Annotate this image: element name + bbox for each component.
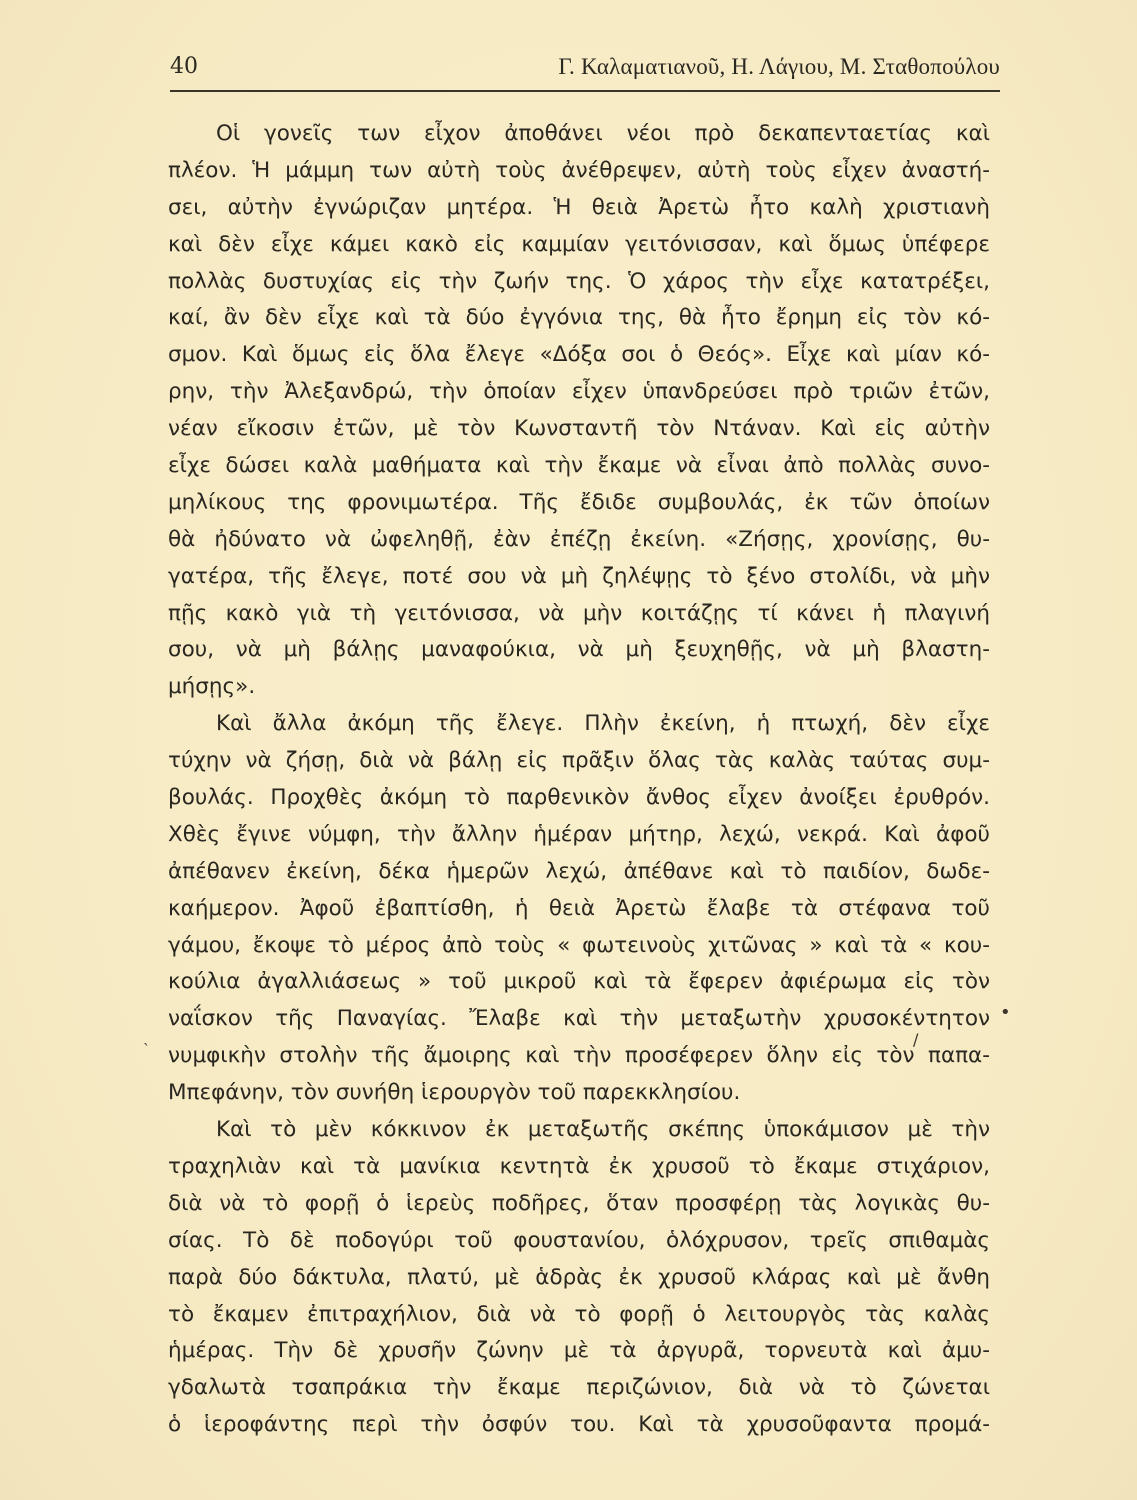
text-line: πολλὰς δυστυχίας εἰς τὴν ζωήν της. Ὁ χάρ… [168,264,990,301]
text-line: καί, ἂν δὲν εἶχε καὶ τὰ δύο ἐγγόνια της,… [168,300,990,337]
scan-speck: ˎ [143,1030,150,1046]
text-line: ναΐσκον τῆς Παναγίας. Ἔλαβε καὶ τὴν μετα… [168,1001,990,1038]
text-line: Χθὲς ἔγινε νύμφη, τὴν ἄλλην ἡμέραν μήτηρ… [168,817,990,854]
book-page: 40 Γ. Καλαματιανοῦ, Η. Λάγιου, Μ. Σταθοπ… [0,0,1137,1500]
text-line: μήσῃς». [168,669,990,706]
text-line: τύχην νὰ ζήσῃ, διὰ νὰ βάλῃ εἰς πρᾶξιν ὅλ… [168,743,990,780]
text-line: καὶ δὲν εἶχε κάμει κακὸ εἰς καμμίαν γειτ… [168,227,990,264]
text-line: Καὶ τὸ μὲν κόκκινον ἐκ μεταξωτῆς σκέπης … [168,1112,990,1149]
text-line: παρὰ δύο δάκτυλα, πλατύ, μὲ ἁδρὰς ἐκ χρυ… [168,1260,990,1297]
text-line: σίας. Τὸ δὲ ποδογύρι τοῦ φουστανίου, ὁλό… [168,1223,990,1260]
text-line: γατέρα, τῆς ἔλεγε, ποτέ σου νὰ μὴ ζηλέψῃ… [168,559,990,596]
text-line: σμον. Καὶ ὅμως εἰς ὅλα ἔλεγε «Δόξα σοι ὁ… [168,337,990,374]
page-header: 40 Γ. Καλαματιανοῦ, Η. Λάγιου, Μ. Σταθοπ… [170,54,1000,88]
text-line: ἀπέθανεν ἐκείνη, δέκα ἡμερῶν λεχώ, ἀπέθα… [168,854,990,891]
text-line: Μπεφάνην, τὸν συνήθη ἱερουργὸν τοῦ παρεκ… [168,1075,990,1112]
text-line: σου, νὰ μὴ βάλῃς μαναφούκια, νὰ μὴ ξευχη… [168,632,990,669]
text-line: πῇς κακὸ γιὰ τὴ γειτόνισσα, νὰ μὴν κοιτά… [168,596,990,633]
text-line: γδαλωτὰ τσαπράκια τὴν ἔκαμε περιζώνιον, … [168,1370,990,1407]
text-line: καήμερον. Ἀφοῦ ἐβαπτίσθη, ἡ θειὰ Ἀρετὼ ἔ… [168,891,990,928]
text-line: νέαν εἴκοσιν ἐτῶν, μὲ τὸν Κωνσταντῆ τὸν … [168,411,990,448]
text-line: θὰ ἠδύνατο νὰ ὠφεληθῇ, ἐὰν ἐπέζῃ ἐκείνη.… [168,522,990,559]
text-line: Οἱ γονεῖς των εἶχον ἀποθάνει νέοι πρὸ δε… [168,116,990,153]
text-line: κούλια ἀγαλλιάσεως » τοῦ μικροῦ καὶ τὰ ἔ… [168,964,990,1001]
text-line: μηλίκους της φρονιμωτέρα. Τῆς ἔδιδε συμβ… [168,485,990,522]
body-text: Οἱ γονεῖς των εἶχον ἀποθάνει νέοι πρὸ δε… [168,116,990,1444]
scan-speck: • [1000,1002,1011,1023]
text-line: εἶχε δώσει καλὰ μαθήματα καὶ τὴν ἔκαμε ν… [168,448,990,485]
running-head: Γ. Καλαματιανοῦ, Η. Λάγιου, Μ. Σταθοπούλ… [558,54,1000,80]
text-line: βουλάς. Προχθὲς ἀκόμη τὸ παρθενικὸν ἄνθο… [168,780,990,817]
text-line: διὰ νὰ τὸ φορῇ ὁ ἱερεὺς ποδῆρες, ὅταν πρ… [168,1186,990,1223]
text-line: ἡμέρας. Τὴν δὲ χρυσῆν ζώνην μὲ τὰ ἀργυρᾶ… [168,1333,990,1370]
text-line: σει, αὐτὴν ἐγνώριζαν μητέρα. Ἡ θειὰ Ἀρετ… [168,190,990,227]
text-line: τραχηλιὰν καὶ τὰ μανίκια κεντητὰ ἐκ χρυσ… [168,1149,990,1186]
text-line: ρην, τὴν Ἀλεξανδρώ, τὴν ὁποίαν εἶχεν ὑπα… [168,374,990,411]
text-line: γάμου, ἔκοψε τὸ μέρος ἀπὸ τοὺς « φωτεινο… [168,928,990,965]
text-line: πλέον. Ἡ μάμμη των αὐτὴ τοὺς ἀνέθρεψεν, … [168,153,990,190]
text-line: Καὶ ἄλλα ἀκόμη τῆς ἔλεγε. Πλὴν ἐκείνη, ἡ… [168,706,990,743]
text-line: ὁ ἱεροφάντης περὶ τὴν ὀσφύν του. Καὶ τὰ … [168,1407,990,1444]
text-line: τὸ ἔκαμεν ἐπιτραχήλιον, διὰ νὰ τὸ φορῇ ὁ… [168,1297,990,1334]
scan-speck: / [913,1030,918,1049]
page-number: 40 [170,54,198,79]
header-rule [170,90,1000,92]
text-line: νυμφικὴν στολὴν τῆς ἄμοιρης καὶ τὴν προσ… [168,1038,990,1075]
